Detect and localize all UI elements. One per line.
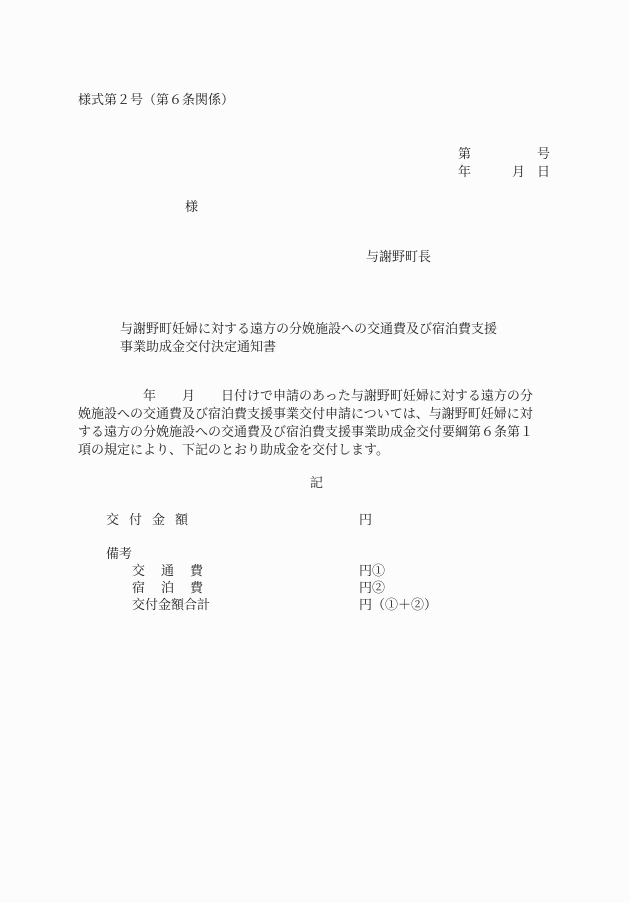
- body-line-1: 年 月 日付けで申請のあった与謝野町妊婦に対する遠方の分: [78, 388, 558, 406]
- remark-lodging-label: 宿泊費: [132, 581, 219, 597]
- body-line-2: 娩施設への交通費及び宿泊費支援事業交付申請については、与謝野町妊婦に対: [78, 406, 558, 424]
- doc-number-prefix: 第: [458, 147, 471, 163]
- date-year: 年: [458, 165, 471, 181]
- date-day: 日: [537, 165, 550, 181]
- form-label: 様式第２号（第６条関係）: [78, 93, 234, 109]
- addressee-suffix: 様: [185, 200, 198, 216]
- remark-transport-label: 交通費: [132, 564, 219, 580]
- body-paragraph: 年 月 日付けで申請のあった与謝野町妊婦に対する遠方の分 娩施設への交通費及び宿…: [78, 388, 558, 460]
- body-line-4: 項の規定により、下記のとおり助成金を交付します。: [78, 442, 558, 460]
- doc-number-suffix: 号: [537, 147, 550, 163]
- document-title-line-1: 与謝野町妊婦に対する遠方の分娩施設への交通費及び宿泊費支援: [120, 322, 497, 338]
- grant-amount-label: 交付金額: [106, 513, 198, 529]
- remark-lodging-unit: 円②: [359, 581, 385, 597]
- remarks-label: 備考: [106, 547, 132, 563]
- document-title-line-2: 事業助成金交付決定通知書: [120, 340, 276, 356]
- remark-total-label: 交付金額合計: [132, 598, 210, 614]
- issuer-name: 与謝野町長: [366, 250, 431, 266]
- body-line-3: する遠方の分娩施設への交通費及び宿泊費支援事業助成金交付要綱第６条第１: [78, 424, 558, 442]
- date-month: 月: [512, 165, 525, 181]
- remark-transport-unit: 円①: [359, 564, 385, 580]
- remark-total-unit: 円（①＋②）: [359, 598, 437, 614]
- grant-amount-unit: 円: [359, 513, 372, 529]
- ki-heading: 記: [310, 476, 323, 492]
